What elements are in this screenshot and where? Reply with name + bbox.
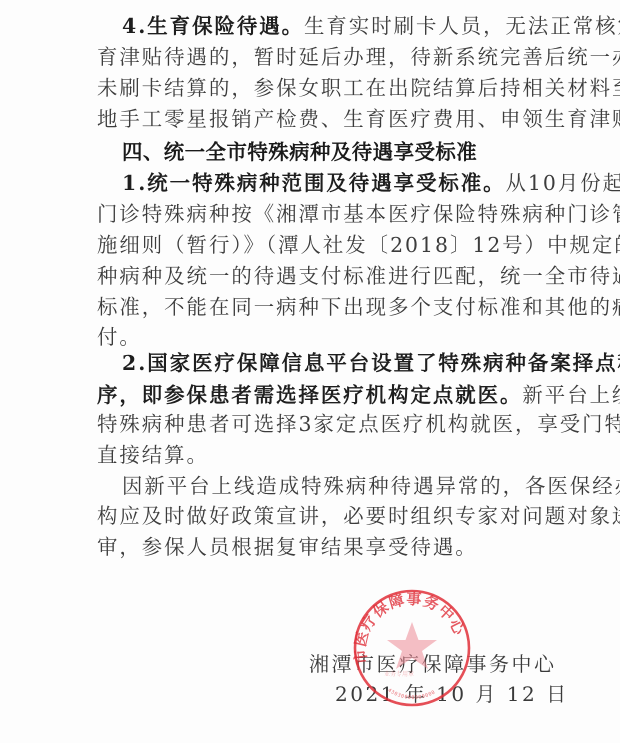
- item-2-line-3: 特殊病种患者可选择3家定点医疗机构就医，享受门特待遇: [97, 409, 523, 440]
- item-2-line-2: 序，即参保患者需选择医疗机构定点就医。新平台上线后，: [97, 380, 523, 411]
- item-1-line-2: 门诊特殊病种按《湘潭市基本医疗保险特殊病种门诊管理实: [97, 199, 523, 230]
- note-line-2: 构应及时做好政策宣讲，必要时组织专家对问题对象进行复: [97, 501, 523, 532]
- item-2-label-cont: 序，即参保患者需选择医疗机构定点就医。: [97, 383, 522, 407]
- note-line-3: 审，参保人员根据复审结果享受待遇。: [97, 532, 523, 563]
- item-1-label: 1.统一特殊病种范围及待遇享受标准。: [122, 171, 506, 195]
- item-1-line-3: 施细则（暂行）》（潭人社发〔2018〕12号）中规定的46: [97, 230, 523, 261]
- document-page: 4.生育保险待遇。生育实时刷卡人员，无法正常核定生 育津贴待遇的，暂时延后办理，…: [0, 0, 620, 743]
- item-2-line-4: 直接结算。: [97, 440, 523, 471]
- section-four-heading: 四、统一全市特殊病种及待遇享受标准: [122, 137, 523, 168]
- item-4-line-2: 育津贴待遇的，暂时延后办理，待新系统完善后统一办理。: [97, 42, 523, 73]
- item-4-line-3: 未刷卡结算的，参保女职工在出院结算后持相关材料至参保: [97, 73, 523, 104]
- item-1-line-4: 种病种及统一的待遇支付标准进行匹配，统一全市待遇支付: [97, 261, 523, 292]
- item-4-label: 4.生育保险待遇。: [122, 14, 304, 38]
- signature-organization: 湘潭市医疗保障事务中心: [309, 649, 557, 679]
- item-4-line-4: 地手工零星报销产检费、生育医疗费用、申领生育津贴。: [97, 104, 523, 135]
- item-4-text: 生育实时刷卡人员，无法正常核定生: [304, 14, 620, 38]
- item-1-text: 从10月份起，: [506, 171, 620, 195]
- signature-date: 2021 年 10 月 12 日: [335, 679, 569, 709]
- item-4-line-1: 4.生育保险待遇。生育实时刷卡人员，无法正常核定生: [122, 11, 523, 42]
- note-line-1: 因新平台上线造成特殊病种待遇异常的，各医保经办机: [122, 471, 523, 502]
- item-1-line-5: 标准，不能在同一病种下出现多个支付标准和其他的病种支: [97, 292, 523, 323]
- item-2-text: 新平台上线后，: [522, 383, 620, 407]
- item-1-line-1: 1.统一特殊病种范围及待遇享受标准。从10月份起，: [122, 168, 523, 199]
- item-2-line-1: 2.国家医疗保障信息平台设置了特殊病种备案择点程: [122, 348, 523, 379]
